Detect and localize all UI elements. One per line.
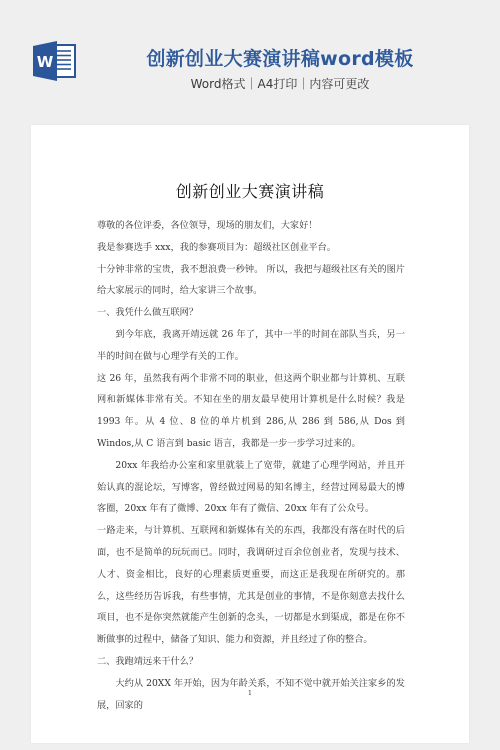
paragraph-stories: 十分钟非常的宝贵，我不想浪费一秒钟。 所以，我把与超级社区有关的图片给大家展示的…	[97, 259, 405, 303]
document-title: 创新创业大赛演讲稿	[31, 179, 469, 202]
paragraph: 一路走来，与计算机、互联网和新媒体有关的东西，我都没有落在时代的后面，也不是简单…	[97, 520, 405, 651]
template-banner: W 创新创业大赛演讲稿word模板 Word格式｜A4打印｜内容可更改	[0, 0, 500, 110]
paragraph-greeting: 尊敬的各位评委，各位领导，现场的朋友们，大家好！	[97, 215, 405, 237]
document-body: 尊敬的各位评委，各位领导，现场的朋友们，大家好！ 我是参赛选手 xxx，我的参赛…	[97, 215, 405, 716]
banner-subtitle: Word格式｜A4打印｜内容可更改	[0, 75, 500, 92]
paragraph: 这 26 年，虽然我有两个非常不同的职业，但这两个职业都与计算机、互联网和新媒体…	[97, 368, 405, 455]
section-heading-2: 二、我跑靖远来干什么？	[97, 651, 405, 673]
paragraph: 到今年底，我离开靖远就 26 年了，其中一半的时间在部队当兵，另一半的时间在做与…	[97, 324, 405, 368]
page-number: 1	[31, 689, 469, 697]
document-page: 创新创业大赛演讲稿 尊敬的各位评委，各位领导，现场的朋友们，大家好！ 我是参赛选…	[31, 125, 469, 743]
banner-title: 创新创业大赛演讲稿word模板	[0, 44, 500, 71]
paragraph-intro: 我是参赛选手 xxx，我的参赛项目为：超级社区创业平台。	[97, 237, 405, 259]
section-heading-1: 一、我凭什么做互联网？	[97, 302, 405, 324]
paragraph: 20xx 年我给办公室和家里就装上了宽带，就建了心理学网站，并且开始认真的混论坛…	[97, 455, 405, 520]
